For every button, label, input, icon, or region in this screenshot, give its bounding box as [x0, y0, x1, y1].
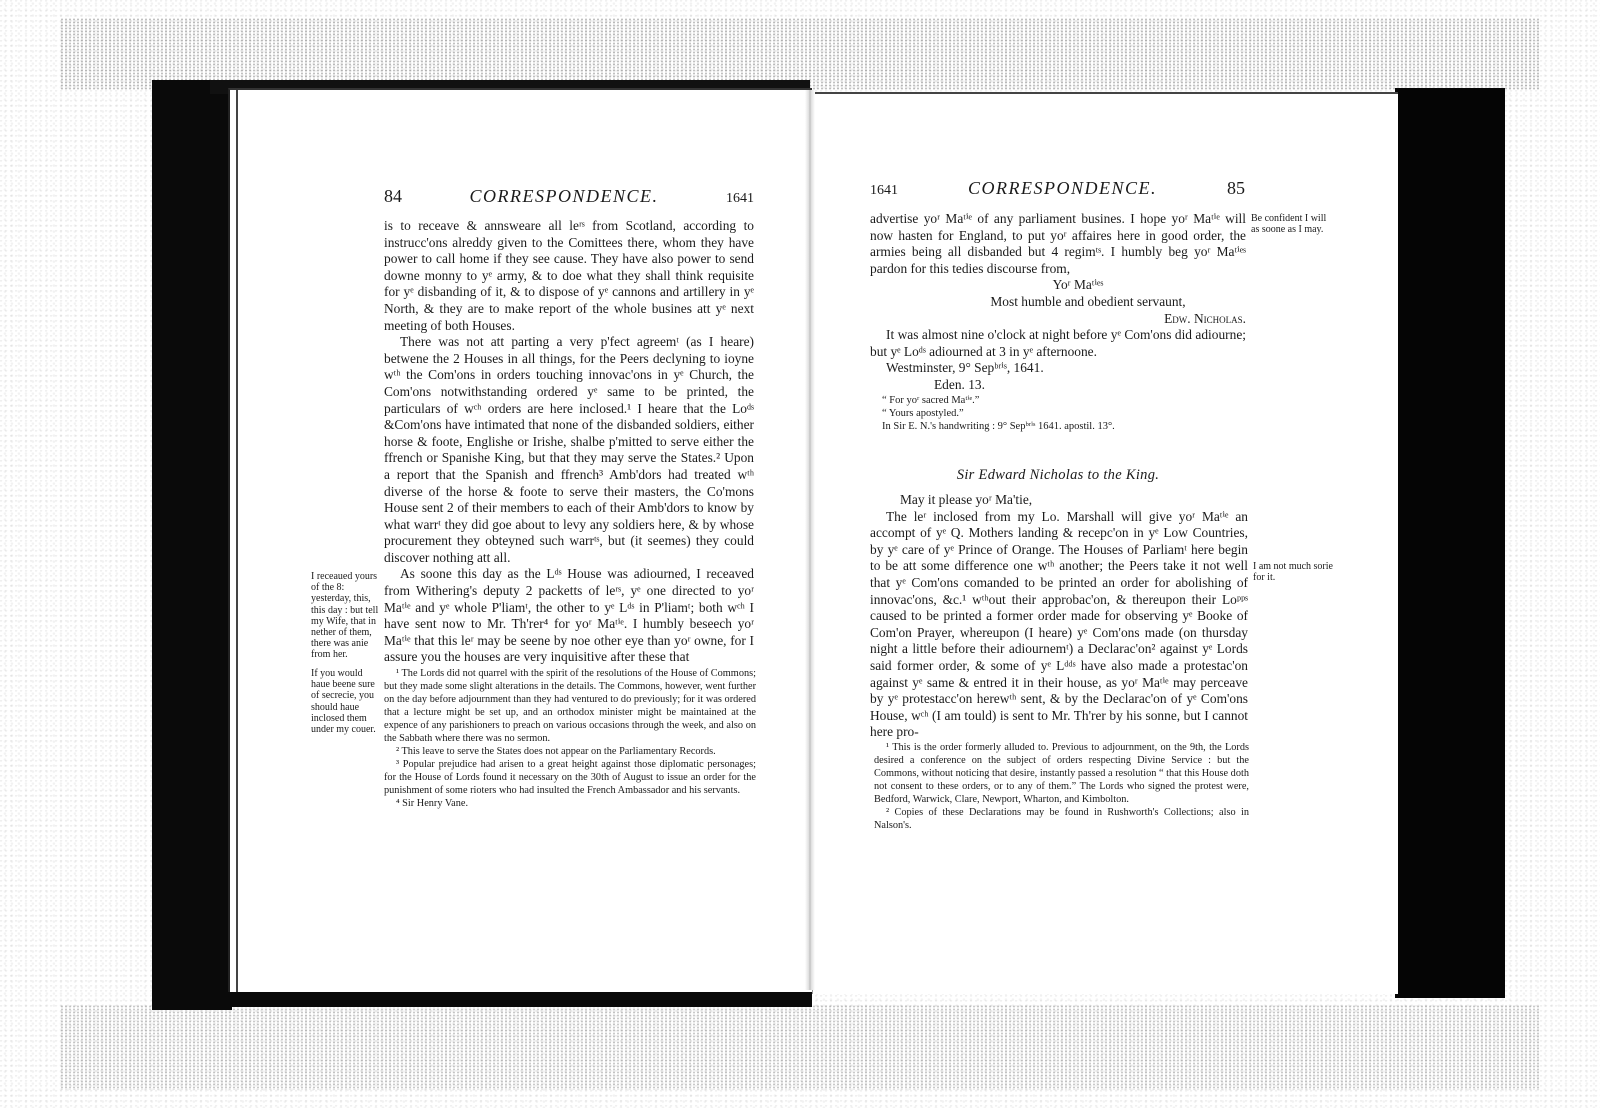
right-marginal-note: Be confident I will as soone as I may.: [1251, 213, 1331, 235]
left-paragraph: There was not att parting a very p'fect …: [384, 334, 754, 566]
footnote: ¹ The Lords did not quarrel with the spi…: [384, 667, 756, 745]
left-paragraph: is to receave & annsweare all leʳˢ from …: [384, 218, 754, 334]
closing-salutation: Yoʳ Maᵗⁱᵉˢ: [870, 277, 1246, 294]
letter-heading: Sir Edward Nicholas to the King.: [870, 467, 1246, 484]
footnote: ³ Popular prejudice had arisen to a grea…: [384, 758, 756, 797]
book-cover-left: [152, 80, 232, 1010]
left-running-head: 84 CORRESPONDENCE. 1641: [384, 186, 754, 207]
right-letter-body: May it please yoʳ Ma'tie, The leʳ inclos…: [870, 492, 1248, 741]
footnote: ¹ This is the order formerly alluded to.…: [874, 741, 1249, 806]
left-footnotes: ¹ The Lords did not quarrel with the spi…: [384, 667, 756, 810]
signature: Edw. Nicholas.: [870, 311, 1246, 328]
eden-reference: Eden. 13.: [870, 377, 1246, 394]
footnote: ² Copies of these Declarations may be fo…: [874, 806, 1249, 832]
left-body-text: is to receave & annsweare all leʳˢ from …: [384, 218, 754, 666]
right-page-number: 85: [1227, 178, 1245, 199]
endorsement: In Sir E. N.'s handwriting : 9° Sepᵇʳⁱˢ …: [870, 420, 1246, 433]
dateline: Westminster, 9° Sepᵇʳⁱˢ, 1641.: [870, 360, 1246, 377]
left-marginal-note: If you would haue beene sure of secrecie…: [311, 668, 381, 735]
footnote: ⁴ Sir Henry Vane.: [384, 797, 756, 810]
postscript: It was almost nine o'clock at night befo…: [870, 327, 1246, 360]
letter-body: The leʳ inclosed from my Lo. Marshall wi…: [870, 509, 1248, 741]
book-cover-right: [1395, 88, 1505, 998]
right-marginal-note: I am not much sorie for it.: [1253, 561, 1333, 583]
right-running-head: 1641 CORRESPONDENCE. 85: [870, 178, 1245, 199]
book-bottom-edge: [60, 1005, 1540, 1090]
left-year: 1641: [726, 191, 754, 207]
right-footnotes: ¹ This is the order formerly alluded to.…: [874, 741, 1249, 832]
letter-salutation: May it please yoʳ Ma'tie,: [870, 492, 1248, 509]
endorsement: “ For yoʳ sacred Maᵗⁱᵉ.”: [870, 394, 1246, 407]
right-running-title: CORRESPONDENCE.: [968, 178, 1157, 199]
book-gutter: [805, 90, 815, 990]
right-body-text: advertise yoʳ Maᵗⁱᵉ of any parliament bu…: [870, 211, 1246, 433]
left-running-title: CORRESPONDENCE.: [470, 186, 659, 207]
right-year: 1641: [870, 183, 898, 199]
right-opening-paragraph: advertise yoʳ Maᵗⁱᵉ of any parliament bu…: [870, 211, 1246, 277]
left-marginal-note: I receaued yours of the 8: yesterday, th…: [311, 571, 381, 661]
endorsement: “ Yours apostyled.”: [870, 407, 1246, 420]
left-paragraph: As soone this day as the Lᵈˢ House was a…: [384, 566, 754, 666]
left-page-number: 84: [384, 186, 402, 207]
footnote: ² This leave to serve the States does no…: [384, 745, 756, 758]
closing-phrase: Most humble and obedient servaunt,: [870, 294, 1246, 311]
